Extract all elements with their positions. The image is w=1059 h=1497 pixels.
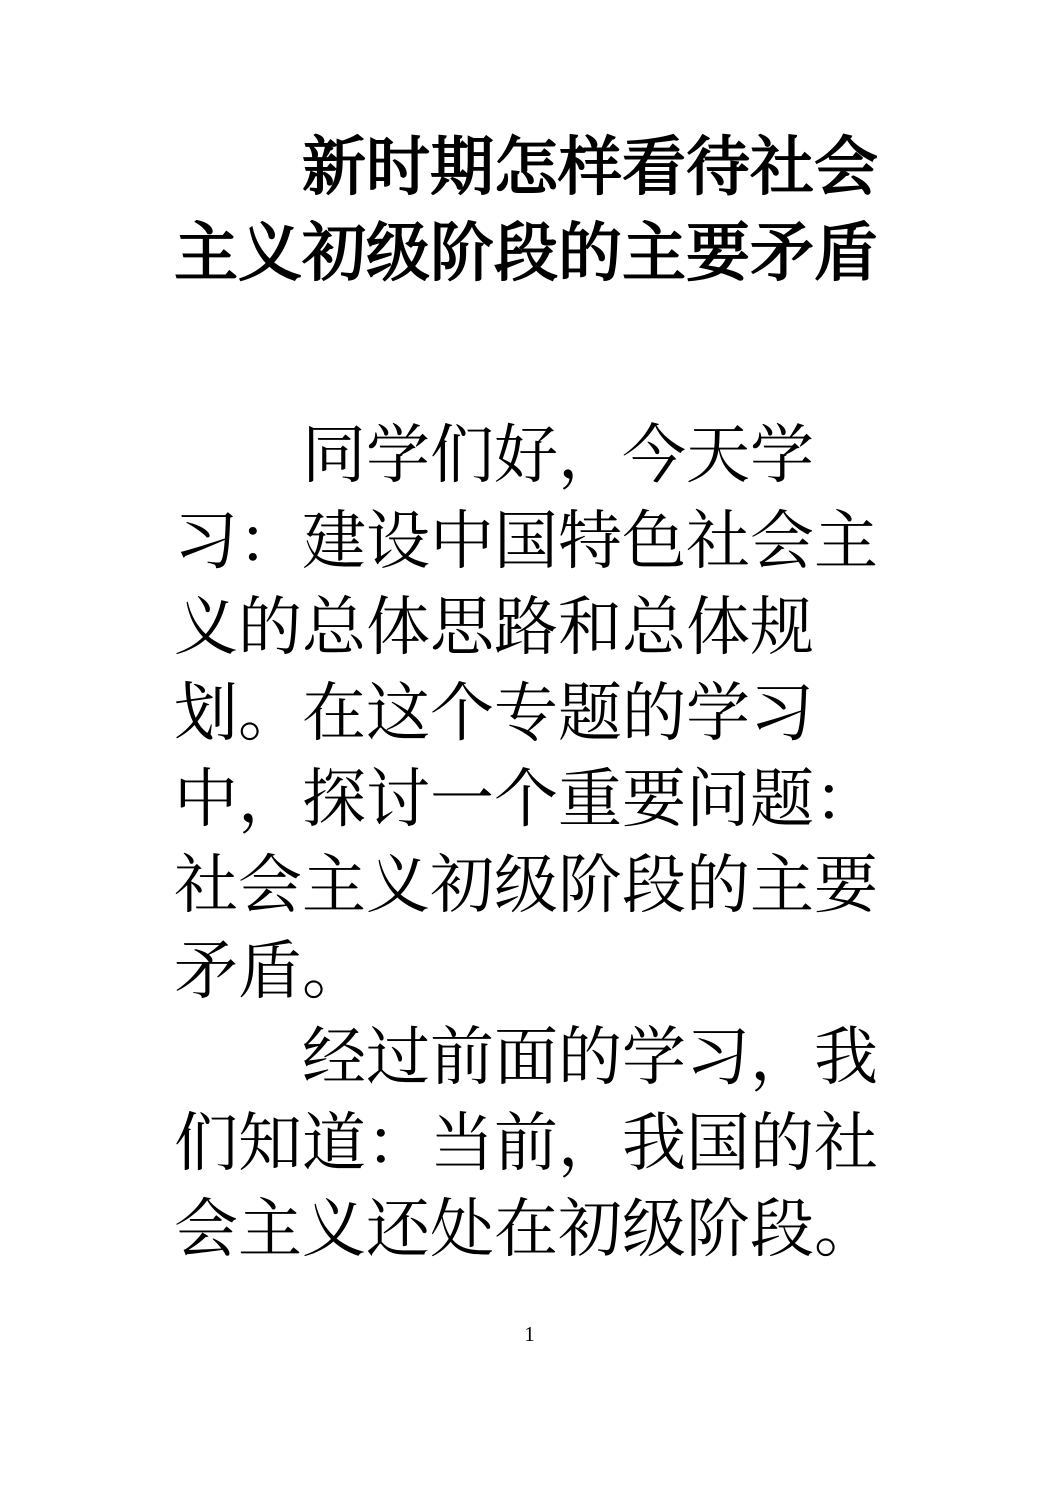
document-title: 新时期怎样看待社会主义初级阶段的主要矛盾 [174,124,878,296]
paragraph-review: 经过前面的学习，我们知道：当前，我国的社会主义还处在初级阶段。 [174,1014,878,1272]
document-page: 新时期怎样看待社会主义初级阶段的主要矛盾 同学们好，今天学习：建设中国特色社会主… [0,0,1059,1497]
page-number: 1 [0,1322,1059,1346]
paragraph-intro: 同学们好，今天学习：建设中国特色社会主义的总体思路和总体规划。在这个专题的学习中… [174,412,878,1014]
